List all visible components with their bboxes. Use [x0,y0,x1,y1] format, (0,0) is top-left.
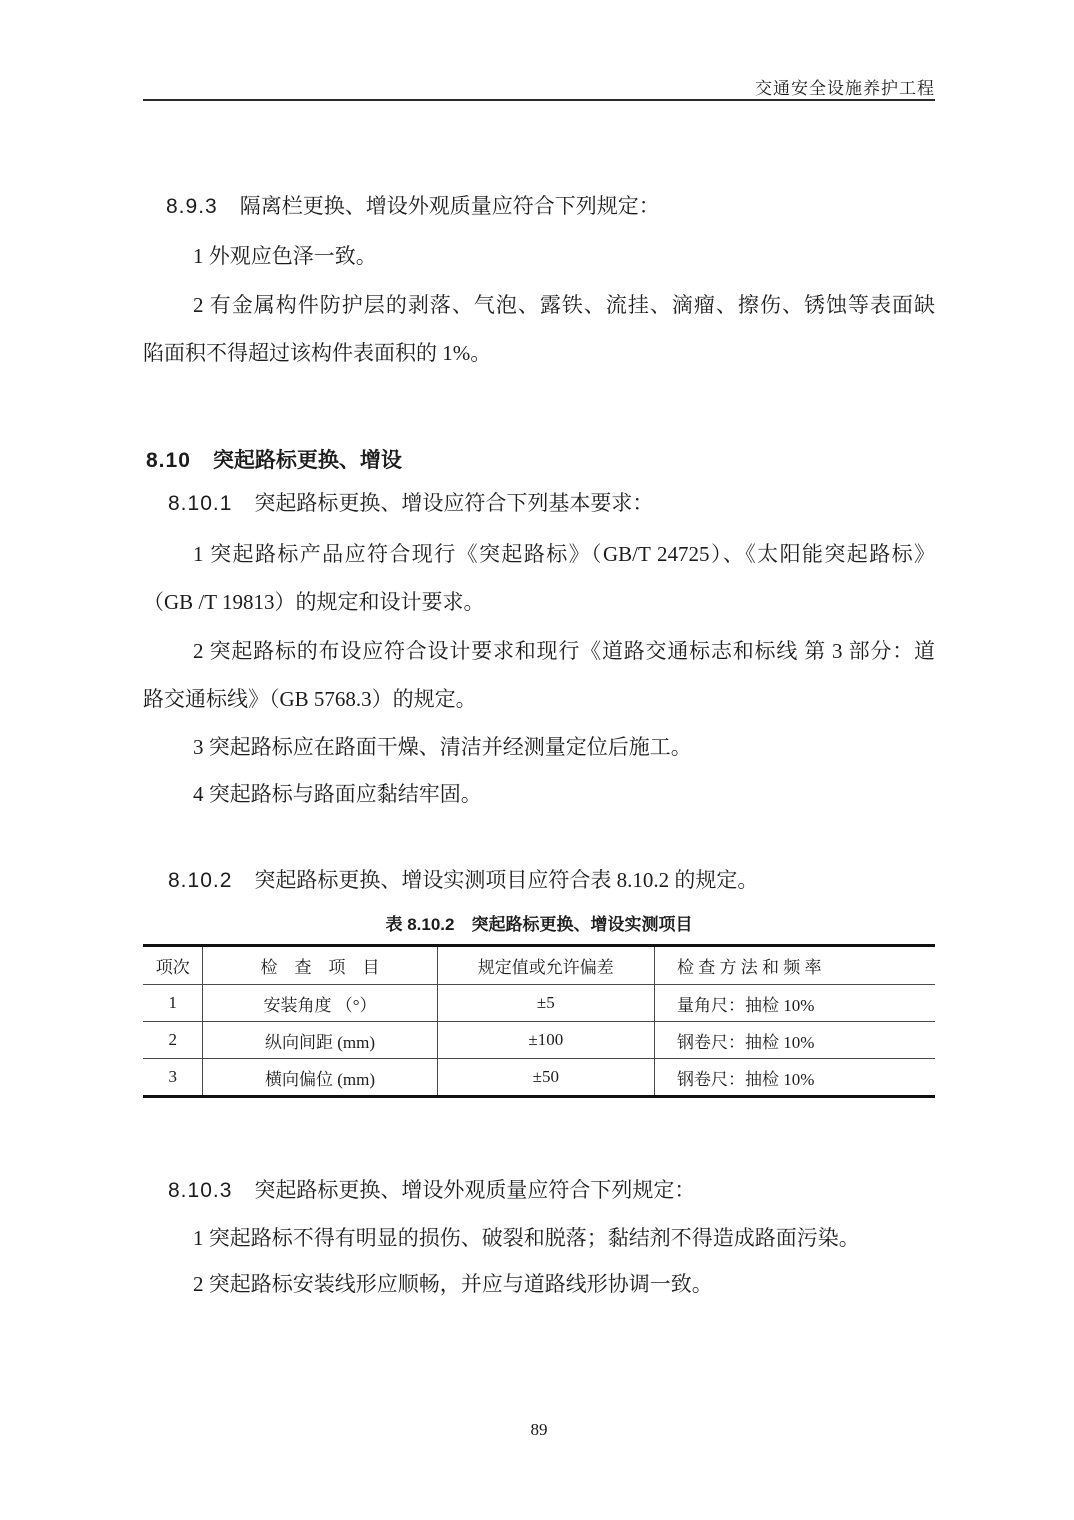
clause-8-9-3-heading: 8.9.3隔离栏更换、增设外观质量应符合下列规定： [166,190,660,220]
clause-8-9-3-title: 隔离栏更换、增设外观质量应符合下列规定： [240,194,660,218]
clause-8-10-3-item-1: 1 突起路标不得有明显的损伤、破裂和脱落；黏结剂不得造成路面污染。 [193,1222,860,1252]
clause-8-9-3-item-2-line-2: 陷面积不得超过该构件表面积的 1%。 [143,337,491,367]
clause-8-9-3-item-1: 1 外观应色泽一致。 [193,240,377,270]
table-header-check-item: 检 查 项 目 [203,946,437,985]
document-page: 交通安全设施养护工程 8.9.3隔离栏更换、增设外观质量应符合下列规定： 1 外… [0,0,1074,1520]
header-rule [143,99,935,101]
table-cell-item-no: 3 [143,1059,203,1097]
table-cell-method-freq: 钢卷尺：抽检 10% [655,1059,935,1097]
clause-8-10-1-item-1-line-2: （GB /T 19813）的规定和设计要求。 [143,586,484,616]
clause-8-10-2-heading: 8.10.2突起路标更换、增设实测项目应符合表 8.10.2 的规定。 [168,864,758,894]
running-header-title: 交通安全设施养护工程 [755,74,935,99]
clause-8-10-1-heading: 8.10.1突起路标更换、增设应符合下列基本要求： [168,487,653,517]
clause-8-10-3-heading: 8.10.3突起路标更换、增设外观质量应符合下列规定： [168,1174,695,1204]
clause-8-10-1-item-4: 4 突起路标与路面应黏结牢固。 [193,778,482,808]
table-cell-check-item: 安装角度 （°） [203,985,437,1022]
clause-8-10-1-item-3: 3 突起路标应在路面干燥、清洁并经测量定位后施工。 [193,731,692,761]
table-row: 1 安装角度 （°） ±5 量角尺：抽检 10% [143,985,935,1022]
clause-8-10-1-item-2-line-1: 2 突起路标的布设应符合设计要求和现行《道路交通标志和标线 第 3 部分：道 [193,635,935,665]
section-8-10-number: 8.10 [146,449,191,472]
table-row: 3 横向偏位 (mm) ±50 钢卷尺：抽检 10% [143,1059,935,1097]
clause-8-10-2-number: 8.10.2 [168,869,232,892]
table-cell-item-no: 1 [143,985,203,1022]
table-header-item-no: 项次 [143,946,203,985]
clause-8-10-1-item-2-line-2: 路交通标线》（GB 5768.3）的规定。 [143,683,477,713]
measurement-table: 项次 检 查 项 目 规定值或允许偏差 检 查 方 法 和 频 率 1 安装角度… [143,944,935,1098]
table-cell-tolerance: ±100 [437,1022,654,1059]
clause-8-10-1-item-1-line-1: 1 突起路标产品应符合现行《突起路标》（GB/T 24725）、《太阳能突起路标… [193,538,935,568]
table-caption: 表 8.10.2 突起路标更换、增设实测项目 [143,910,935,935]
table-row: 2 纵向间距 (mm) ±100 钢卷尺：抽检 10% [143,1022,935,1059]
table-cell-method-freq: 钢卷尺：抽检 10% [655,1022,935,1059]
table-cell-tolerance: ±50 [437,1059,654,1097]
clause-8-10-1-number: 8.10.1 [168,492,232,515]
table-cell-check-item: 横向偏位 (mm) [203,1059,437,1097]
table-header-tolerance: 规定值或允许偏差 [437,946,654,985]
page-number: 89 [143,1420,935,1440]
table-cell-item-no: 2 [143,1022,203,1059]
table-cell-tolerance: ±5 [437,985,654,1022]
table-header-method-freq: 检 查 方 法 和 频 率 [655,946,935,985]
clause-8-10-3-number: 8.10.3 [168,1179,232,1202]
clause-8-10-1-title: 突起路标更换、增设应符合下列基本要求： [254,491,653,515]
clause-8-10-3-title: 突起路标更换、增设外观质量应符合下列规定： [254,1178,695,1202]
table-cell-check-item: 纵向间距 (mm) [203,1022,437,1059]
clause-8-9-3-number: 8.9.3 [166,195,218,218]
table-header-row: 项次 检 查 项 目 规定值或允许偏差 检 查 方 法 和 频 率 [143,946,935,985]
clause-8-10-3-item-2: 2 突起路标安装线形应顺畅，并应与道路线形协调一致。 [193,1268,713,1298]
section-8-10-heading: 8.10突起路标更换、增设 [146,444,402,474]
table-cell-method-freq: 量角尺：抽检 10% [655,985,935,1022]
section-8-10-title: 突起路标更换、增设 [213,449,402,472]
clause-8-9-3-item-2-line-1: 2 有金属构件防护层的剥落、气泡、露铁、流挂、滴瘤、擦伤、锈蚀等表面缺 [193,289,935,319]
clause-8-10-2-title: 突起路标更换、增设实测项目应符合表 8.10.2 的规定。 [254,868,758,892]
